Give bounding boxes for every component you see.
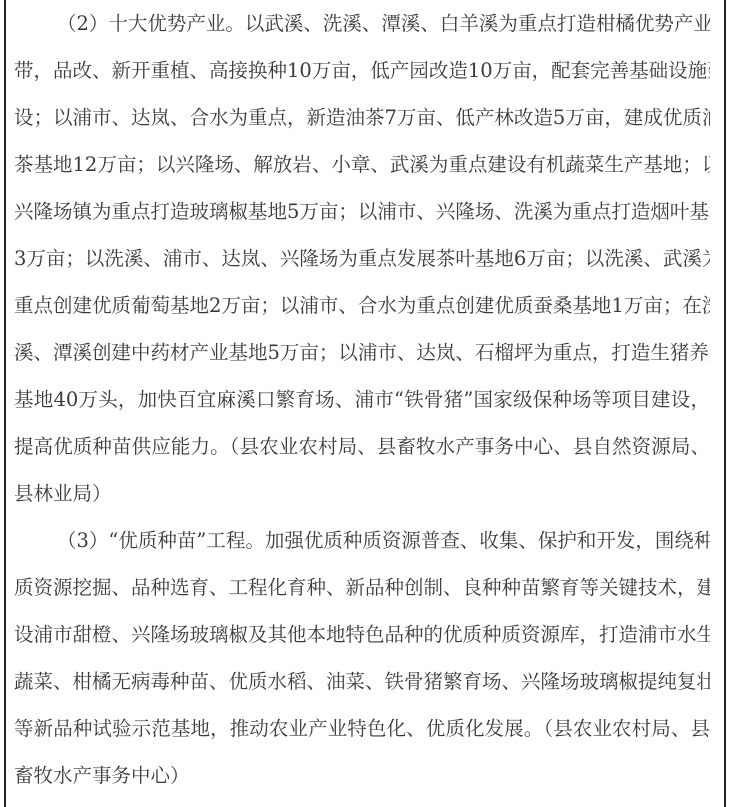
paragraph-line: （3）“优质种苗”工程。加强优质种质资源普查、收集、保护和开发，围绕种	[14, 517, 710, 564]
paragraph-line: 茶基地12万亩；以兴隆场、解放岩、小章、武溪为重点建设有机蔬菜生产基地；以	[14, 141, 710, 188]
paragraph-line: 设浦市甜橙、兴隆场玻璃椒及其他本地特色品种的优质种质资源库，打造浦市水生	[14, 611, 710, 658]
paragraph-line: 基地40万头，加快百宜麻溪口繁育场、浦市“铁骨猪”国家级保种场等项目建设，	[14, 376, 710, 423]
paragraph-line: 设；以浦市、达岚、合水为重点，新造油茶7万亩、低产林改造5万亩，建成优质油	[14, 94, 710, 141]
paragraph-quality-seedling-project: （3）“优质种苗”工程。加强优质种质资源普查、收集、保护和开发，围绕种 质资源挖…	[14, 517, 710, 799]
document-page: （2）十大优势产业。以武溪、洗溪、潭溪、白羊溪为重点打造柑橘优势产业 带，品改、…	[4, 0, 726, 807]
paragraph-line: （2）十大优势产业。以武溪、洗溪、潭溪、白羊溪为重点打造柑橘优势产业	[14, 0, 710, 47]
paragraph-line: 兴隆场镇为重点打造玻璃椒基地5万亩；以浦市、兴隆场、洗溪为重点打造烟叶基地	[14, 188, 710, 235]
paragraph-line: 质资源挖掘、品种选育、工程化育种、新品种创制、良种种苗繁育等关键技术，建	[14, 564, 710, 611]
paragraph-line: 等新品种试验示范基地，推动农业产业特色化、优质化发展。（县农业农村局、县	[14, 705, 710, 752]
paragraph-line: 蔬菜、柑橘无病毒种苗、优质水稻、油菜、铁骨猪繁育场、兴隆场玻璃椒提纯复壮	[14, 658, 710, 705]
paragraph-line: 3万亩；以洗溪、浦市、达岚、兴隆场为重点发展茶叶基地6万亩；以洗溪、武溪为	[14, 235, 710, 282]
paragraph-line: 带，品改、新开重植、高接换种10万亩，低产园改造10万亩，配套完善基础设施建	[14, 47, 710, 94]
paragraph-line: 溪、潭溪创建中药材产业基地5万亩；以浦市、达岚、石榴坪为重点，打造生猪养殖	[14, 329, 710, 376]
paragraph-line: 县林业局）	[14, 470, 710, 517]
paragraph-line: 重点创建优质葡萄基地2万亩；以浦市、合水为重点创建优质蚕桑基地1万亩；在洗	[14, 282, 710, 329]
paragraph-line: 提高优质种苗供应能力。（县农业农村局、县畜牧水产事务中心、县自然资源局、	[14, 423, 710, 470]
document-content: （2）十大优势产业。以武溪、洗溪、潭溪、白羊溪为重点打造柑橘优势产业 带，品改、…	[14, 0, 710, 799]
paragraph-line: 畜牧水产事务中心）	[14, 752, 710, 799]
paragraph-ten-advantage-industries: （2）十大优势产业。以武溪、洗溪、潭溪、白羊溪为重点打造柑橘优势产业 带，品改、…	[14, 0, 710, 517]
